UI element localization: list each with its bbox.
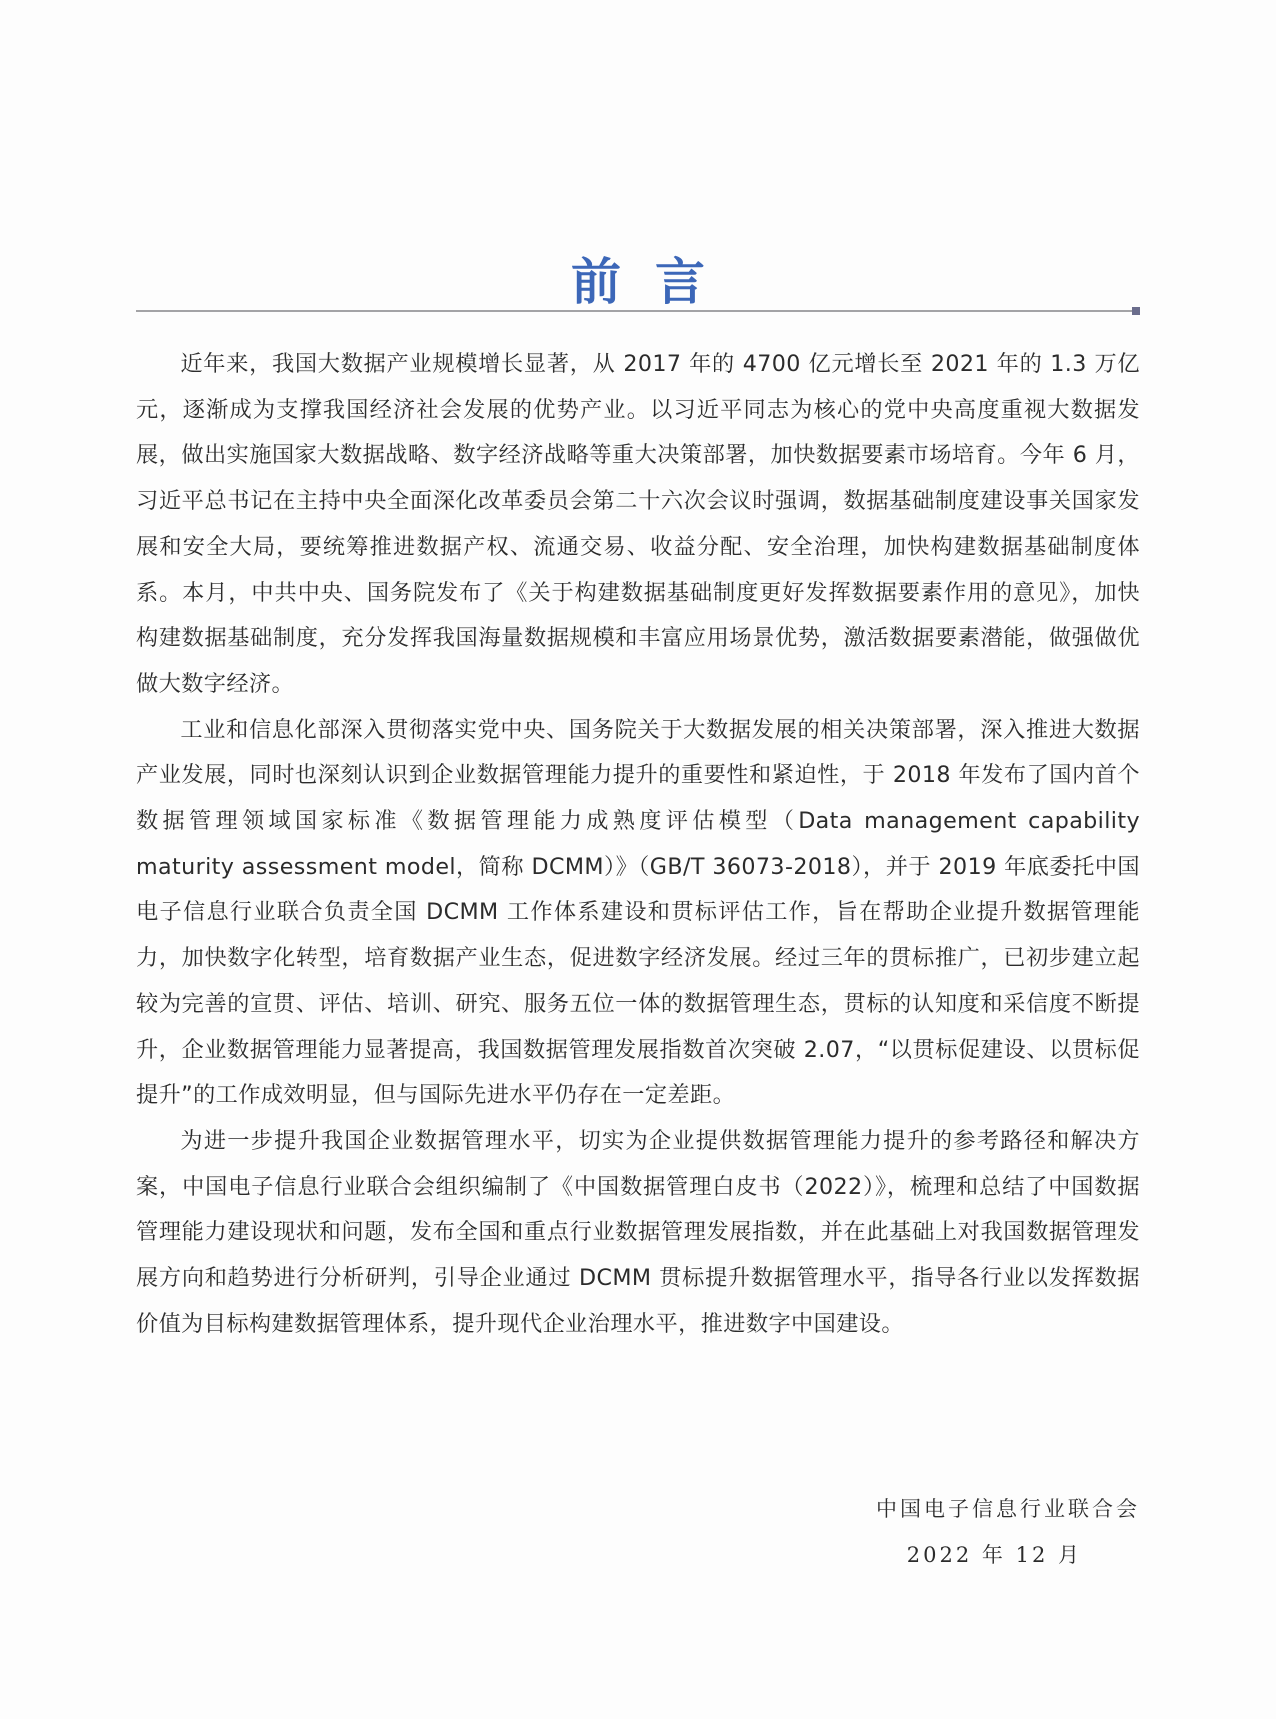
paragraph: 工业和信息化部深入贯彻落实党中央、国务院关于大数据发展的相关决策部署，深入推进大… (136, 708, 1140, 1119)
title-divider (136, 310, 1136, 312)
divider-end-square (1132, 307, 1140, 315)
signature-organization: 中国电子信息行业联合会 (876, 1497, 1140, 1521)
signature-block: 中国电子信息行业联合会 2022 年 12 月 (876, 1486, 1140, 1578)
signature-date: 2022 年 12 月 (876, 1532, 1082, 1578)
preface-body: 近年来，我国大数据产业规模增长显著，从 2017 年的 4700 亿元增长至 2… (136, 342, 1140, 1347)
page-title: 前言 (0, 252, 1276, 312)
paragraph: 近年来，我国大数据产业规模增长显著，从 2017 年的 4700 亿元增长至 2… (136, 342, 1140, 708)
paragraph: 为进一步提升我国企业数据管理水平，切实为企业提供数据管理能力提升的参考路径和解决… (136, 1119, 1140, 1348)
